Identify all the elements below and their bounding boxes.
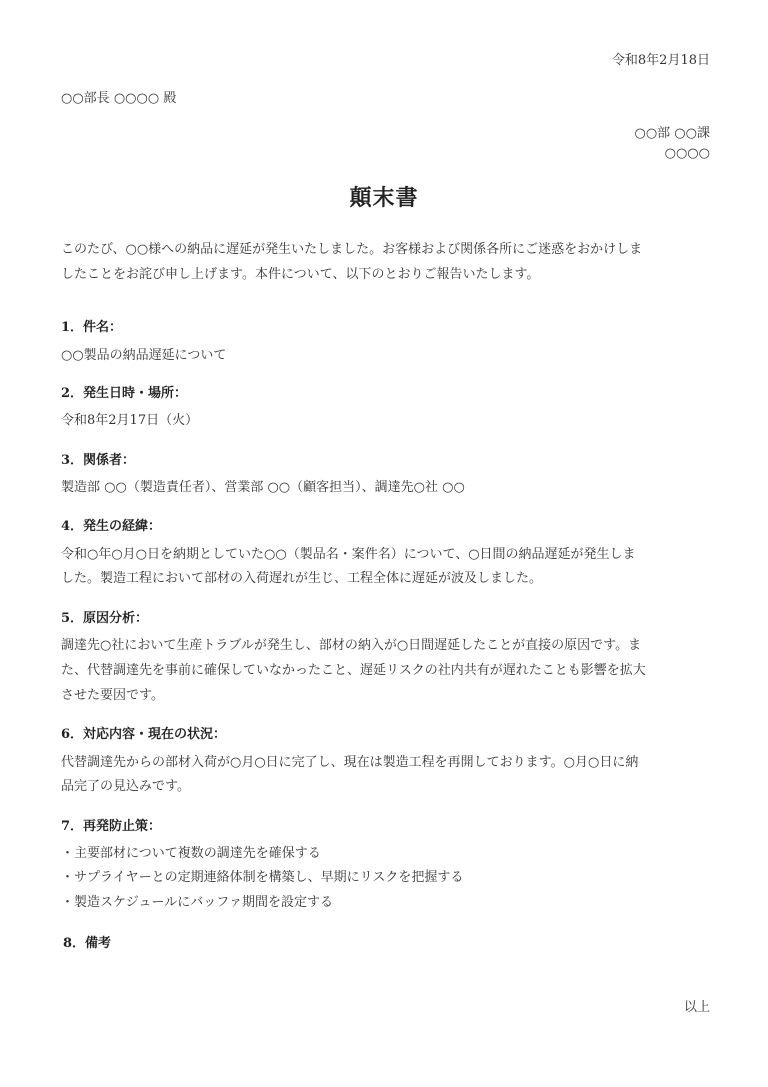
recipient: ○○部長 ○○○○ 殿	[61, 87, 176, 106]
document-date: 令和8年2月18日	[612, 49, 710, 68]
section-6-line-2: 品完了の見込みです。	[61, 775, 190, 794]
section-5-line-1: 調達先○社において生産トラブルが発生し、部材の納入が○日間遅延したことが直接の原…	[61, 634, 641, 653]
section-3-line-1: 製造部 ○○（製造責任者）、営業部 ○○（顧客担当）、調達先○社 ○○	[61, 476, 465, 495]
section-7-heading: 7．再発防止策：	[61, 815, 161, 834]
section-5-line-3: させた要因です。	[61, 684, 164, 703]
section-2-line-1: 令和8年2月17日（火）	[61, 409, 198, 428]
section-1-line-1: ○○製品の納品遅延について	[61, 344, 226, 363]
section-4-heading: 4．発生の経緯：	[61, 515, 161, 534]
sender-department: ○○部 ○○課	[634, 122, 710, 141]
document-page: 令和8年2月18日 ○○部長 ○○○○ 殿 ○○部 ○○課 ○○○○ 顛末書 こ…	[0, 0, 768, 1087]
intro-line-2: したことをお詫び申し上げます。本件について、以下のとおりご報告いたします。	[61, 263, 539, 282]
document-title: 顛末書	[0, 181, 768, 212]
section-8-heading: 8．備考	[63, 932, 111, 951]
section-2-heading: 2．発生日時・場所：	[61, 382, 187, 401]
prevention-item-2: ・サプライヤーとの定期連絡体制を構築し、早期にリスクを把握する	[61, 866, 463, 885]
section-3-heading: 3．関係者：	[61, 449, 135, 468]
intro-line-1: このたび、○○様への納品に遅延が発生いたしました。お客様および関係各所にご迷惑を…	[61, 238, 642, 257]
section-5-line-2: た、代替調達先を事前に確保していなかったこと、遅延リスクの社内共有が遅れたことも…	[61, 659, 646, 678]
section-4-line-2: した。製造工程において部材の入荷遅れが生じ、工程全体に遅延が波及しました。	[61, 567, 542, 586]
section-6-heading: 6．対応内容・現在の状況：	[61, 723, 226, 742]
prevention-item-1: ・主要部材について複数の調達先を確保する	[61, 842, 321, 861]
section-5-heading: 5．原因分析：	[61, 607, 148, 626]
sender-name: ○○○○	[665, 146, 710, 161]
closing-remark: 以上	[684, 996, 710, 1015]
section-1-heading: 1．件名：	[61, 316, 122, 335]
section-4-line-1: 令和○年○月○日を納期としていた○○（製品名・案件名）について、○日間の納品遅延…	[61, 543, 636, 562]
prevention-item-3: ・製造スケジュールにバッファ期間を設定する	[61, 891, 333, 910]
section-6-line-1: 代替調達先からの部材入荷が○月○日に完了し、現在は製造工程を再開しております。○…	[61, 751, 638, 770]
